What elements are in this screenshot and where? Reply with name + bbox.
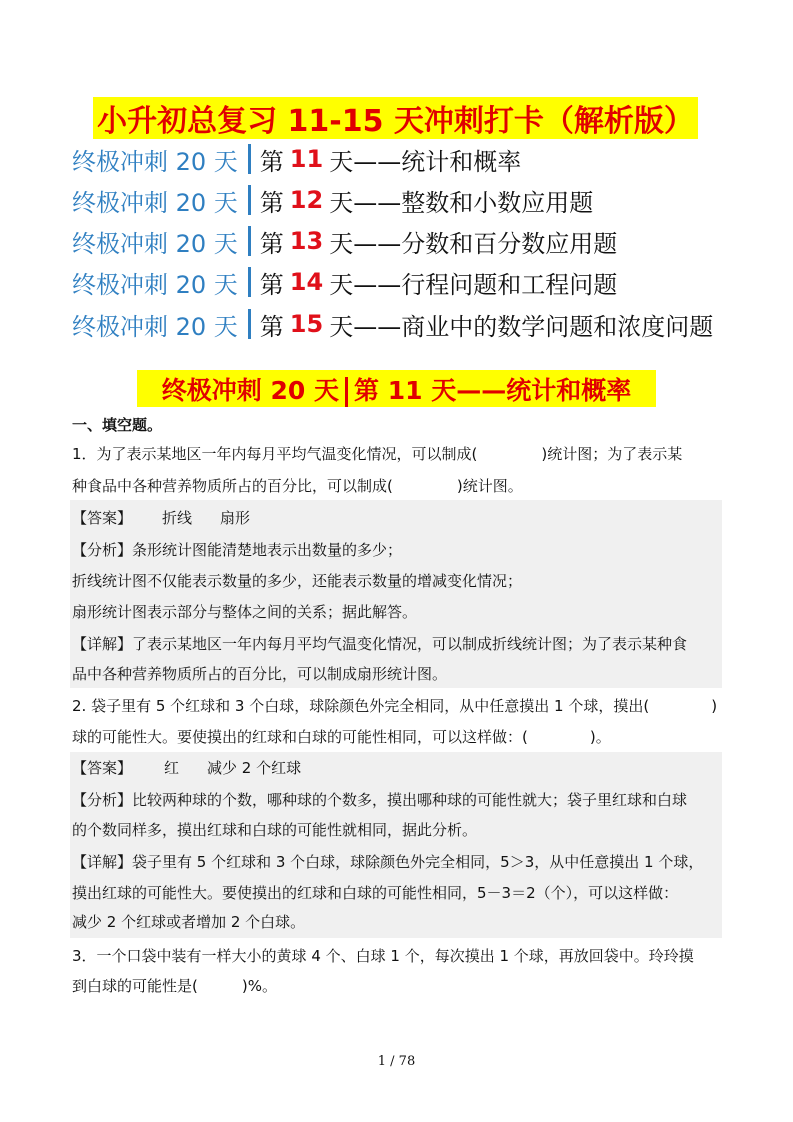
answer-label: 【答案】 xyxy=(72,508,132,528)
day-number: 14 xyxy=(290,268,323,296)
day-prefix: 终极冲刺 20 天 xyxy=(72,142,238,177)
divider-bar xyxy=(248,267,251,297)
detail-text: 袋子里有 5 个红球和 3 个白球，球除颜色外完全相同，5＞3，从中任意摸出 1… xyxy=(132,853,703,871)
question-3-line-2: 到白球的可能性是()%。 xyxy=(72,976,277,996)
analysis-line: 折线统计图不仅能表示数量的多少，还能表示数量的增减变化情况； xyxy=(72,571,522,591)
day-label: 第 xyxy=(260,183,284,218)
detail-label: 【详解】 xyxy=(72,853,132,871)
divider-bar xyxy=(248,144,251,174)
answer-value: 扇形 xyxy=(220,509,250,527)
day-prefix: 终极冲刺 20 天 xyxy=(72,265,238,300)
answer-value: 折线 xyxy=(162,509,192,527)
question-text: 2. 袋子里有 5 个红球和 3 个白球，球除颜色外完全相同，从中任意摸出 1 … xyxy=(72,697,649,715)
day-list-item: 终极冲刺 20 天 第 13 天—— 分数和百分数应用题 xyxy=(72,222,617,260)
day-list-item: 终极冲刺 20 天 第 12 天—— 整数和小数应用题 xyxy=(72,181,593,219)
analysis-text: 比较两种球的个数，哪种球的个数多，摸出哪种球的可能性就大；袋子里红球和白球 xyxy=(132,791,687,809)
divider-bar xyxy=(248,226,251,256)
detail-text: 了表示某地区一年内每月平均气温变化情况，可以制成折线统计图；为了表示某种食 xyxy=(132,635,687,653)
day-suffix: 天—— xyxy=(329,142,401,177)
day-suffix: 天—— xyxy=(329,307,401,342)
question-1-line-1: 1．为了表示某地区一年内每月平均气温变化情况，可以制成()统计图；为了表示某 xyxy=(72,444,682,464)
divider-bar xyxy=(345,377,348,407)
question-text: ) xyxy=(711,697,717,715)
answer-line: 【答案】折线扇形 xyxy=(72,508,250,528)
day-label: 第 xyxy=(260,224,284,259)
question-text: 到白球的可能性是( xyxy=(72,977,198,995)
day-label: 第 xyxy=(260,307,284,342)
day-topic: 商业中的数学问题和浓度问题 xyxy=(401,307,713,342)
day-number: 13 xyxy=(290,227,323,255)
detail-line: 摸出红球的可能性大。要使摸出的红球和白球的可能性相同，5－3＝2（个），可以这样… xyxy=(72,883,678,903)
analysis-label: 【分析】 xyxy=(72,791,132,809)
section-banner-text: 终极冲刺 20 天第 11 天——统计和概率 xyxy=(162,371,631,407)
question-text: )%。 xyxy=(242,977,277,995)
question-text: )。 xyxy=(590,728,611,746)
day-number: 11 xyxy=(290,145,323,173)
title-banner: 小升初总复习 11-15 天冲刺打卡（解析版） xyxy=(93,97,698,139)
analysis-label: 【分析】 xyxy=(72,541,132,559)
analysis-line: 【分析】条形统计图能清楚地表示出数量的多少； xyxy=(72,540,402,560)
day-prefix: 终极冲刺 20 天 xyxy=(72,224,238,259)
day-label: 第 xyxy=(260,265,284,300)
question-text: 球的可能性大。要使摸出的红球和白球的可能性相同，可以这样做：( xyxy=(72,728,528,746)
detail-label: 【详解】 xyxy=(72,635,132,653)
detail-line: 减少 2 个红球或者增加 2 个白球。 xyxy=(72,912,305,932)
detail-line: 品中各种营养物质所占的百分比，可以制成扇形统计图。 xyxy=(72,664,447,684)
day-prefix: 终极冲刺 20 天 xyxy=(72,307,238,342)
day-label: 第 xyxy=(260,142,284,177)
day-list-item: 终极冲刺 20 天 第 14 天—— 行程问题和工程问题 xyxy=(72,263,617,301)
question-3-line-1: 3．一个口袋中装有一样大小的黄球 4 个、白球 1 个，每次摸出 1 个球，再放… xyxy=(72,946,694,966)
document-title: 小升初总复习 11-15 天冲刺打卡（解析版） xyxy=(97,96,694,140)
divider-bar xyxy=(248,309,251,339)
question-text: 种食品中各种营养物质所占的百分比，可以制成( xyxy=(72,477,393,495)
day-number: 15 xyxy=(290,310,323,338)
day-number: 12 xyxy=(290,186,323,214)
section-banner-left: 终极冲刺 20 天 xyxy=(162,376,339,405)
analysis-text: 条形统计图能清楚地表示出数量的多少； xyxy=(132,541,402,559)
question-2-line-1: 2. 袋子里有 5 个红球和 3 个白球，球除颜色外完全相同，从中任意摸出 1 … xyxy=(72,696,717,716)
day-topic: 整数和小数应用题 xyxy=(401,183,593,218)
question-1-line-2: 种食品中各种营养物质所占的百分比，可以制成()统计图。 xyxy=(72,476,523,496)
section-banner: 终极冲刺 20 天第 11 天——统计和概率 xyxy=(137,370,656,407)
day-list-item: 终极冲刺 20 天 第 15 天—— 商业中的数学问题和浓度问题 xyxy=(72,305,713,343)
day-suffix: 天—— xyxy=(329,265,401,300)
section-banner-right: 第 11 天——统计和概率 xyxy=(354,376,631,405)
analysis-line: 的个数同样多，摸出红球和白球的可能性就相同，据此分析。 xyxy=(72,820,477,840)
detail-line: 【详解】了表示某地区一年内每月平均气温变化情况，可以制成折线统计图；为了表示某种… xyxy=(72,634,687,654)
question-2-line-2: 球的可能性大。要使摸出的红球和白球的可能性相同，可以这样做：()。 xyxy=(72,727,611,747)
section-heading: 一、填空题。 xyxy=(72,414,162,435)
analysis-line: 扇形统计图表示部分与整体之间的关系；据此解答。 xyxy=(72,602,417,622)
answer-value: 红 xyxy=(164,759,179,777)
answer-line: 【答案】红减少 2 个红球 xyxy=(72,758,301,778)
question-text: 1．为了表示某地区一年内每月平均气温变化情况，可以制成( xyxy=(72,445,477,463)
divider-bar xyxy=(248,185,251,215)
question-text: )统计图；为了表示某 xyxy=(541,445,682,463)
day-list-item: 终极冲刺 20 天 第 11 天—— 统计和概率 xyxy=(72,140,521,178)
day-topic: 分数和百分数应用题 xyxy=(401,224,617,259)
day-topic: 统计和概率 xyxy=(401,142,521,177)
day-suffix: 天—— xyxy=(329,224,401,259)
day-topic: 行程问题和工程问题 xyxy=(401,265,617,300)
solution-box-1 xyxy=(70,500,722,688)
answer-label: 【答案】 xyxy=(72,758,132,778)
solution-box-2 xyxy=(70,752,722,938)
analysis-line: 【分析】比较两种球的个数，哪种球的个数多，摸出哪种球的可能性就大；袋子里红球和白… xyxy=(72,790,687,810)
day-suffix: 天—— xyxy=(329,183,401,218)
question-text: )统计图。 xyxy=(457,477,523,495)
answer-value: 减少 2 个红球 xyxy=(207,759,301,777)
page-number: 1 / 78 xyxy=(0,1054,793,1069)
detail-line: 【详解】袋子里有 5 个红球和 3 个白球，球除颜色外完全相同，5＞3，从中任意… xyxy=(72,852,703,872)
day-prefix: 终极冲刺 20 天 xyxy=(72,183,238,218)
question-text: 3．一个口袋中装有一样大小的黄球 4 个、白球 1 个，每次摸出 1 个球，再放… xyxy=(72,947,694,965)
